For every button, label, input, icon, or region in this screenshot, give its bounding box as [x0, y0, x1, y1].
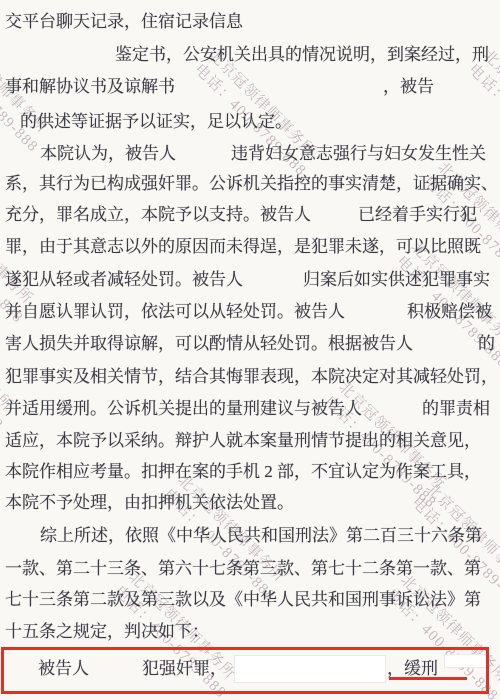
text-line: 十五条之规定，判决如下： — [5, 620, 209, 643]
text-line: 事和解协议书及谅解书，被告 — [5, 75, 434, 98]
text-segment: 的 — [478, 334, 495, 353]
text-line: 害人损失并取得谅解，可以酌情从轻处罚。根据被告人的 — [5, 332, 495, 355]
text-line: 并适用缓刑。公诉机关提出的量刑建议与被告人的罪责相 — [5, 397, 490, 420]
text-segment: 鉴定书，公安机关出具的情况说明，到案经过，刑 — [115, 45, 489, 64]
text-line: 遂犯从轻或者减轻处罚。被告人归案后如实供述犯罪事实 — [5, 268, 490, 291]
text-segment: 积极赔偿被 — [407, 302, 492, 321]
text-segment: 并适用缓刑。公诉机关提出的量刑建议与被告人 — [5, 399, 362, 418]
text-segment: 罪，由于其意志以外的原因而未得逞，是犯罪未遂，可以比照既 — [5, 237, 481, 256]
redacted-gap — [243, 280, 303, 282]
text-line: 本院作相应考量。扣押在案的手机 2 部，不宜认定为作案工具， — [5, 460, 481, 483]
text-line: 交平台聊天记录，住宿记录信息 — [5, 10, 243, 33]
document-body: 交平台聊天记录，住宿记录信息鉴定书，公安机关出具的情况说明，到案经过，刑事和解协… — [0, 0, 500, 700]
text-segment: 并自愿认罪认罚，依法可以从轻处罚。被告人 — [5, 302, 345, 321]
text-segment: 犯罪事实及相关情节，结合其悔罪表现，本院决定对其减轻处罚， — [5, 367, 498, 386]
text-line: 本院不予处理，由扣押机关依法处置。 — [5, 491, 294, 514]
text-line: 罪，由于其意志以外的原因而未得逞，是犯罪未遂，可以比照既 — [5, 235, 481, 258]
text-line: 适应，本院予以采纳。辩护人就本案量刑情节提出的相关意见， — [5, 429, 481, 452]
redacted-gap — [5, 122, 20, 124]
text-line: 本院认为，被告人违背妇女意志强行与妇女发生性关 — [5, 142, 486, 165]
text-line: 一款、第二十三条、第六十七条第三款、第七十二条第一款、第 — [5, 557, 481, 580]
text-segment: 的罪责相 — [422, 399, 490, 418]
text-line: 并自愿认罪认罚，依法可以从轻处罚。被告人积极赔偿被 — [5, 300, 492, 323]
scanned-judgment-page: 北京冠领律师事务所电话：400-8789-888北京冠领律师事务所电话：400-… — [0, 0, 500, 700]
redacted-gap — [175, 87, 383, 89]
text-segment: 一款、第二十三条、第六十七条第三款、第七十二条第一款、第 — [5, 559, 481, 578]
text-segment: 归案后如实供述犯罪事实 — [303, 270, 490, 289]
redacted-gap — [176, 154, 231, 156]
text-segment: 事和解协议书及谅解书 — [5, 77, 175, 96]
text-segment: 综上所述，依照《中华人民共和国刑法》第二百三十六条第 — [40, 526, 482, 545]
text-line: 充分，罪名成立，本院予以支持。被告人已经着手实行犯 — [5, 203, 477, 226]
redacted-gap — [5, 55, 115, 57]
text-segment: 的供述等证据予以证实，足以认定。 — [20, 112, 292, 131]
text-line: 综上所述，依照《中华人民共和国刑法》第二百三十六条第 — [5, 524, 482, 547]
text-segment: 本院认为，被告人 — [40, 144, 176, 163]
redacted-gap — [5, 154, 40, 156]
text-line: 的供述等证据予以证实，足以认定。 — [5, 110, 292, 133]
text-segment: 十五条之规定，判决如下： — [5, 622, 209, 641]
text-segment: 七十三条第二款及第三款以及《中华人民共和国刑事诉讼法》第 — [5, 590, 481, 609]
text-segment: 系，其行为已构成强奸罪。公诉机关指控的事实清楚，证据确实、 — [5, 174, 498, 193]
text-segment: 交平台聊天记录，住宿记录信息 — [5, 12, 243, 31]
text-segment: 本院不予处理，由扣押机关依法处置。 — [5, 493, 294, 512]
text-segment: 违背妇女意志强行与妇女发生性关 — [231, 144, 486, 163]
verdict-highlight-box — [1, 647, 489, 694]
text-segment: 适应，本院予以采纳。辩护人就本案量刑情节提出的相关意见， — [5, 431, 481, 450]
text-line: 七十三条第二款及第三款以及《中华人民共和国刑事诉讼法》第 — [5, 588, 481, 611]
text-segment: 本院作相应考量。扣押在案的手机 2 部，不宜认定为作案工具， — [5, 462, 481, 481]
text-segment: 已经着手实行犯 — [358, 205, 477, 224]
redacted-gap — [362, 409, 422, 411]
text-segment: ，被告 — [383, 77, 434, 96]
text-line: 犯罪事实及相关情节，结合其悔罪表现，本院决定对其减轻处罚， — [5, 365, 498, 388]
redacted-gap — [5, 536, 40, 538]
text-line: 系，其行为已构成强奸罪。公诉机关指控的事实清楚，证据确实、 — [5, 172, 498, 195]
text-segment: 害人损失并取得谅解，可以酌情从轻处罚。根据被告人 — [5, 334, 413, 353]
text-segment: 遂犯从轻或者减轻处罚。被告人 — [5, 270, 243, 289]
redacted-gap — [311, 215, 358, 217]
text-segment: 充分，罪名成立，本院予以支持。被告人 — [5, 205, 311, 224]
redacted-gap — [345, 312, 407, 314]
text-line: 鉴定书，公安机关出具的情况说明，到案经过，刑 — [5, 43, 489, 66]
redacted-gap — [413, 344, 478, 346]
